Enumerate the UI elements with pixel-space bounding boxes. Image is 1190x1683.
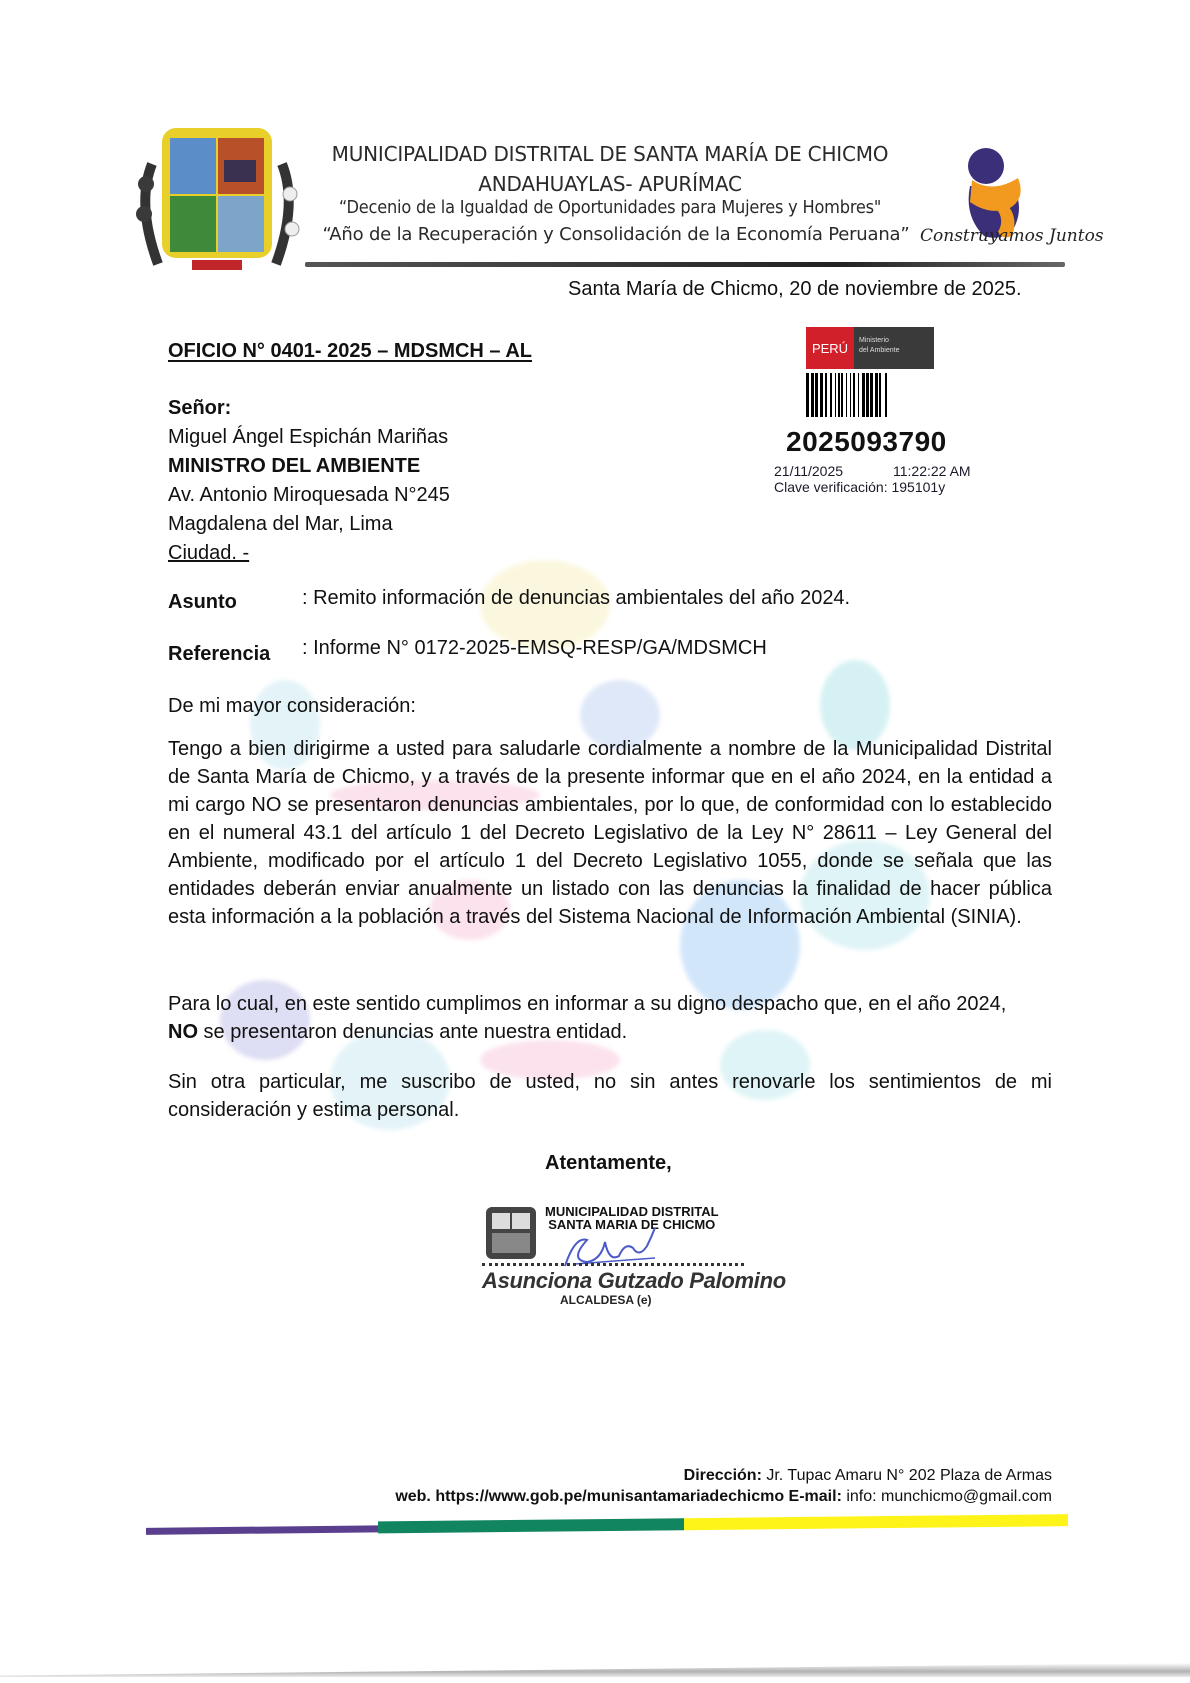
reference-value: : Informe N° 0172-2025-EMSQ-RESP/GA/MDSM… <box>302 637 767 660</box>
scan-edge-shadow <box>0 1663 1190 1677</box>
recipient-block: Señor: Miguel Ángel Espichán Mariñas MIN… <box>168 394 450 568</box>
signature-line <box>482 1263 744 1266</box>
header-title: MUNICIPALIDAD DISTRITAL DE SANTA MARÍA D… <box>300 142 920 166</box>
signatory-name: Asunciona Gutzado Palomino <box>482 1268 786 1294</box>
recipient-district: Magdalena del Mar, Lima <box>168 510 450 539</box>
registry-time: 11:22:22 AM <box>893 463 971 479</box>
body-paragraph-3: Sin otra particular, me suscribo de uste… <box>168 1068 1052 1124</box>
subject-value: : Remito información de denuncias ambien… <box>302 587 850 610</box>
header-quote-decade: “Decenio de la Igualdad de Oportunidades… <box>300 197 920 218</box>
greeting: De mi mayor consideración: <box>168 692 1052 720</box>
letter-date: Santa María de Chicmo, 20 de noviembre d… <box>568 278 1022 301</box>
ministry-label: Ministerio del Ambiente <box>854 327 934 369</box>
peru-badge: PERÚ <box>806 327 854 369</box>
reference-label: Referencia <box>168 643 270 666</box>
header-subtitle: ANDAHUAYLAS- APURÍMAC <box>300 172 920 196</box>
closing: Atentamente, <box>545 1152 672 1175</box>
salutation: Señor: <box>168 394 450 423</box>
body-paragraph-2: Para lo cual, en este sentido cumplimos … <box>168 990 1052 1046</box>
recipient-name: Miguel Ángel Espichán Mariñas <box>168 423 450 452</box>
recipient-address: Av. Antonio Miroquesada N°245 <box>168 481 450 510</box>
header-quote-year: “Año de la Recuperación y Consolidación … <box>306 224 926 245</box>
recipient-city: Ciudad. - <box>168 539 450 568</box>
footer-contact: web. https://www.gob.pe/munisantamariade… <box>395 1488 1052 1506</box>
barcode-icon <box>806 373 952 417</box>
oficio-number: OFICIO N° 0401- 2025 – MDSMCH – AL <box>168 340 532 363</box>
registry-date: 21/11/2025 <box>774 463 843 479</box>
municipal-crest-icon <box>132 124 302 272</box>
construyamos-juntos-text: Construyamos Juntos <box>920 226 1104 246</box>
body-paragraph-1: Tengo a bien dirigirme a usted para salu… <box>168 735 1052 931</box>
header-divider <box>305 262 1065 267</box>
verification-key: Clave verificación: 195101y <box>774 479 945 495</box>
footer-address: Dirección: Jr. Tupac Amaru N° 202 Plaza … <box>684 1467 1052 1485</box>
subject-label: Asunto <box>168 591 237 614</box>
registry-number: 2025093790 <box>786 426 947 458</box>
footer-color-bar <box>146 1514 1068 1536</box>
recipient-position: MINISTRO DEL AMBIENTE <box>168 452 450 481</box>
municipal-seal-icon <box>482 1203 540 1263</box>
ministry-stamp-header: PERÚ Ministerio del Ambiente <box>806 327 934 369</box>
signatory-role: ALCALDESA (e) <box>560 1293 652 1307</box>
